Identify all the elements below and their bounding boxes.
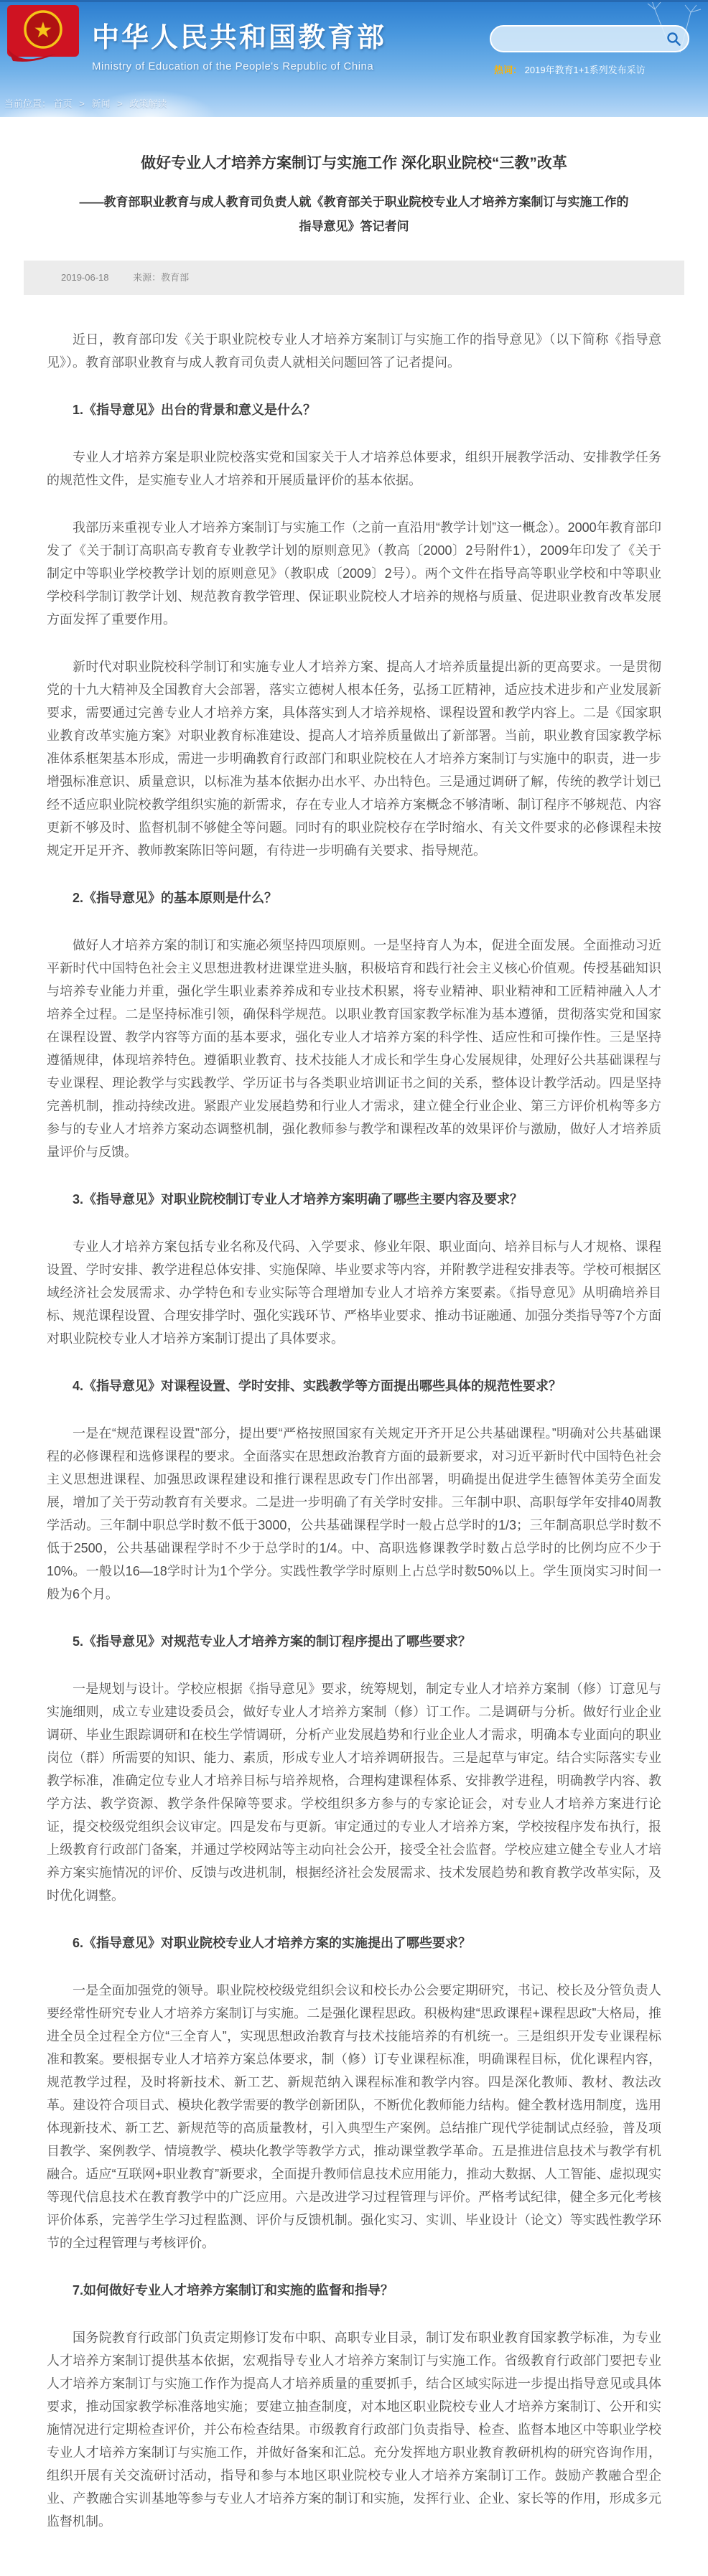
article-source: 来源：教育部 — [133, 272, 189, 283]
breadcrumb-separator: > — [117, 98, 123, 109]
article-title: 做好专业人才培养方案制订与实施工作 深化职业院校“三教”改革 — [60, 151, 648, 176]
page: ★ 中华人民共和国教育部 Ministry of Education of th… — [0, 0, 708, 2576]
paragraph: 新时代对职业院校科学制订和实施专业人才培养方案、提高人才培养质量提出新的更高要求… — [47, 655, 661, 862]
paragraph: 专业人才培养方案是职业院校落实党和国家关于人才培养总体要求，组织开展教学活动、安… — [47, 446, 661, 492]
breadcrumb-home[interactable]: 首页 — [54, 98, 73, 109]
site-title: 中华人民共和国教育部 — [92, 15, 386, 55]
site-subtitle: Ministry of Education of the People's Re… — [92, 60, 386, 72]
hotwords-bar: 热词： 2019年教育1+1系列发布采访 — [490, 62, 689, 76]
site-header: ★ 中华人民共和国教育部 Ministry of Education of th… — [0, 0, 708, 117]
hotword-link[interactable]: 2019年教育1+1系列发布采访 — [525, 65, 646, 75]
breadcrumb-policy[interactable]: 政策解读 — [129, 98, 167, 109]
national-emblem: ★ — [6, 5, 80, 62]
search-box[interactable] — [490, 25, 689, 52]
breadcrumb-news[interactable]: 新闻 — [92, 98, 111, 109]
article-container: 做好专业人才培养方案制订与实施工作 深化职业院校“三教”改革 ——教育部职业教育… — [0, 117, 708, 2576]
site-title-block: 中华人民共和国教育部 Ministry of Education of the … — [92, 15, 386, 72]
paragraph: 做好人才培养方案的制订和实施必须坚持四项原则。一是坚持育人为本，促进全面发展。全… — [47, 934, 661, 1163]
paragraph: 一是在“规范课程设置”部分，提出要“严格按照国家有关规定开齐开足公共基础课程。”… — [47, 1422, 661, 1606]
question-heading: 4.《指导意见》对课程设置、学时安排、实践教学等方面提出哪些具体的规范性要求？ — [47, 1374, 661, 1397]
paragraph: 近日，教育部印发《关于职业院校专业人才培养方案制订与实施工作的指导意见》（以下简… — [47, 328, 661, 374]
breadcrumb-label: 当前位置： — [4, 98, 51, 109]
search-input[interactable] — [501, 29, 666, 49]
article-subtitle: ——教育部职业教育与成人教育司负责人就《教育部关于职业院校专业人才培养方案制订与… — [74, 190, 634, 239]
paragraph: 专业人才培养方案包括专业名称及代码、入学要求、修业年限、职业面向、培养目标与人才… — [47, 1235, 661, 1350]
article-source-label: 来源： — [133, 272, 161, 283]
article-date: 2019-06-18 — [61, 272, 109, 283]
question-heading: 7.如何做好专业人才培养方案制订和实施的监督和指导？ — [47, 2279, 661, 2302]
question-heading: 2.《指导意见》的基本原则是什么？ — [47, 886, 661, 909]
svg-text:★: ★ — [34, 19, 53, 42]
question-heading: 5.《指导意见》对规范专业人才培养方案的制订程序提出了哪些要求？ — [47, 1630, 661, 1653]
paragraph: 一是规划与设计。学校应根据《指导意见》要求，统筹规划，制定专业人才培养方案制（修… — [47, 1677, 661, 1907]
breadcrumb-separator: > — [79, 98, 85, 109]
question-heading: 3.《指导意见》对职业院校制订专业人才培养方案明确了哪些主要内容及要求？ — [47, 1188, 661, 1211]
search-area: 热词： 2019年教育1+1系列发布采访 — [490, 25, 689, 76]
paragraph: 国务院教育行政部门负责定期修订发布中职、高职专业目录，制订发布职业教育国家教学标… — [47, 2326, 661, 2533]
article-meta-bar: 2019-06-18 来源：教育部 — [24, 261, 684, 295]
question-heading: 1.《指导意见》出台的背景和意义是什么？ — [47, 398, 661, 421]
hotword-label: 热词： — [494, 65, 522, 75]
article-body: 近日，教育部印发《关于职业院校专业人才培养方案制订与实施工作的指导意见》（以下简… — [24, 295, 684, 2533]
search-icon[interactable] — [666, 32, 681, 46]
breadcrumb: 当前位置： 首页 > 新闻 > 政策解读 — [4, 96, 167, 110]
paragraph: 一是全面加强党的领导。职业院校校级党组织会议和校长办公会要定期研究，书记、校长及… — [47, 1979, 661, 2254]
article-source-value: 教育部 — [161, 272, 189, 283]
paragraph: 我部历来重视专业人才培养方案制订与实施工作（之前一直沿用“教学计划”这一概念）。… — [47, 516, 661, 631]
question-heading: 6.《指导意见》对职业院校专业人才培养方案的实施提出了哪些要求？ — [47, 1931, 661, 1954]
